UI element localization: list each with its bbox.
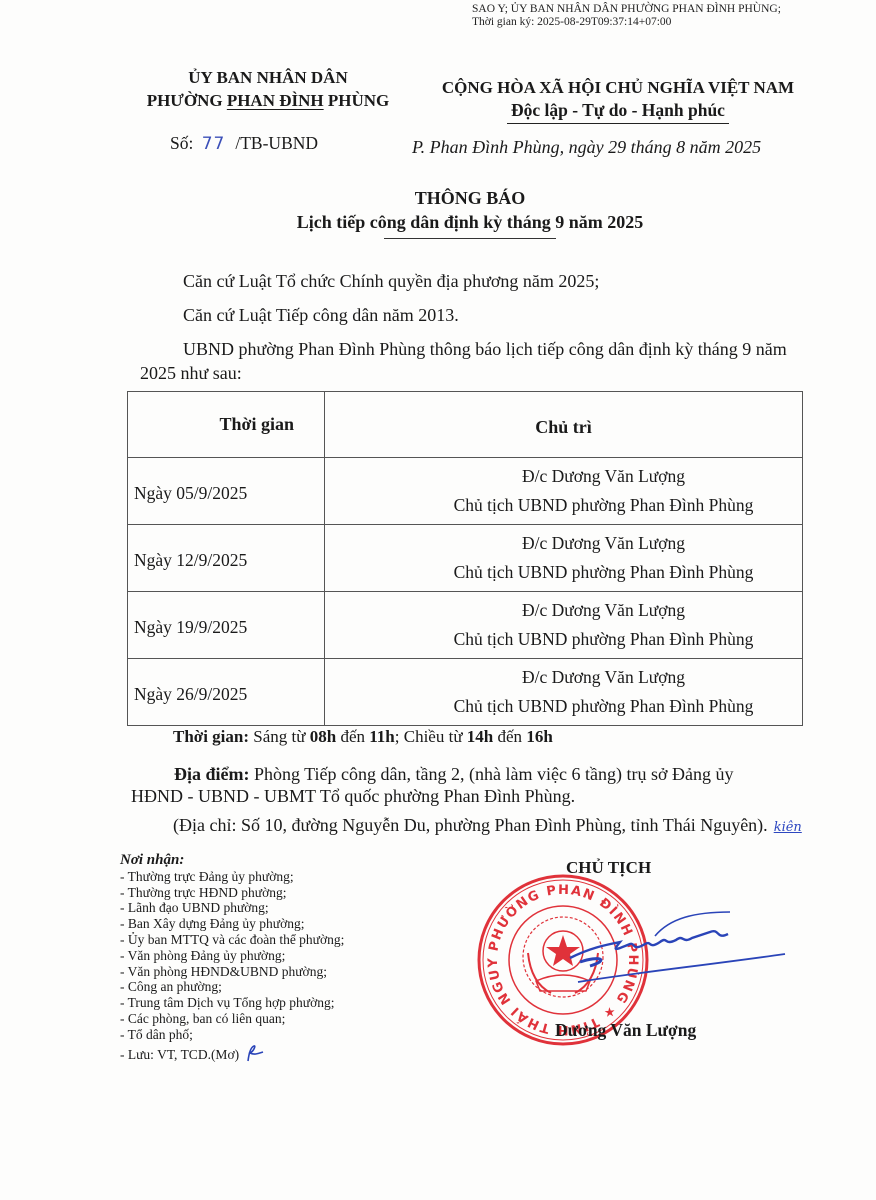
national-motto: CỘNG HÒA XÃ HỘI CHỦ NGHĨA VIỆT NAM Độc l… (410, 77, 826, 124)
list-item: - Công an phường; (120, 979, 344, 995)
country-name: CỘNG HÒA XÃ HỘI CHỦ NGHĨA VIỆT NAM (410, 77, 826, 99)
list-item: - Ủy ban MTTQ và các đoàn thể phường; (120, 932, 344, 948)
cell-date: Ngày 12/9/2025 (128, 525, 325, 592)
handwritten-initial: kiên (774, 820, 802, 835)
morning-end: 11h (369, 727, 395, 746)
doc-number-handwritten: 77 (202, 134, 226, 154)
cell-host: Đ/c Dương Văn Lượng Chủ tịch UBND phường… (325, 592, 803, 659)
list-item: - Lưu: VT, TCD.(Mơ) (120, 1043, 344, 1063)
list-item: - Thường trực HĐND phường; (120, 885, 344, 901)
list-item: - Các phòng, ban có liên quan; (120, 1011, 344, 1027)
copy-stamp-timestamp: Thời gian ký: 2025-08-29T09:37:14+07:00 (472, 16, 781, 29)
to-word: đến (340, 727, 365, 746)
list-item: - Trung tâm Dịch vụ Tổng hợp phường; (120, 995, 344, 1011)
table-header-row: Thời gian Chủ trì (128, 392, 803, 458)
reception-schedule-table: Thời gian Chủ trì Ngày 05/9/2025 Đ/c Dươ… (127, 391, 803, 726)
cell-host: Đ/c Dương Văn Lượng Chủ tịch UBND phường… (325, 525, 803, 592)
cell-host: Đ/c Dương Văn Lượng Chủ tịch UBND phường… (325, 458, 803, 525)
cell-date: Ngày 05/9/2025 (128, 458, 325, 525)
recipients-list: Nơi nhận: - Thường trực Đảng ủy phường; … (120, 853, 344, 1063)
cell-date: Ngày 19/9/2025 (128, 592, 325, 659)
legal-basis-1: Căn cứ Luật Tổ chức Chính quyền địa phươ… (183, 269, 599, 293)
table-row: Ngày 19/9/2025 Đ/c Dương Văn Lượng Chủ t… (128, 592, 803, 659)
table-row: Ngày 12/9/2025 Đ/c Dương Văn Lượng Chủ t… (128, 525, 803, 592)
address-text: (Địa chỉ: Số 10, đường Nguyễn Du, phường… (173, 815, 768, 835)
place-line1: Phòng Tiếp công dân, tầng 2, (nhà làm vi… (254, 764, 733, 784)
place-and-date: P. Phan Đình Phùng, ngày 29 tháng 8 năm … (412, 137, 761, 158)
digital-copy-stamp: SAO Y; ỦY BAN NHÂN DÂN PHƯỜNG PHAN ĐÌNH … (472, 3, 781, 29)
address-line: (Địa chỉ: Số 10, đường Nguyễn Du, phường… (173, 815, 802, 836)
authority-ward-suffix: PHÙNG (328, 91, 389, 110)
list-item: - Văn phòng HĐND&UBND phường; (120, 964, 344, 980)
reception-hours: Thời gian: Sáng từ 08h đến 11h; Chiều từ… (173, 727, 553, 747)
place-label: Địa điểm: (174, 764, 250, 784)
issuing-authority: ỦY BAN NHÂN DÂN PHƯỜNG PHAN ĐÌNH PHÙNG (122, 66, 414, 112)
archive-note: - Lưu: VT, TCD.(Mơ) (120, 1047, 239, 1062)
doc-number-label: Số: (170, 133, 193, 153)
authority-line2: PHƯỜNG PHAN ĐÌNH PHÙNG (122, 89, 414, 112)
host-title: Chủ tịch UBND phường Phan Đình Phùng (405, 491, 802, 520)
initial-scribble-icon (242, 1043, 264, 1063)
host-name: Đ/c Dương Văn Lượng (405, 663, 802, 692)
afternoon-end: 16h (526, 727, 552, 746)
list-item: - Lãnh đạo UBND phường; (120, 900, 344, 916)
host-name: Đ/c Dương Văn Lượng (405, 462, 802, 491)
list-item: - Tổ dân phố; (120, 1027, 344, 1043)
legal-basis-2: Căn cứ Luật Tiếp công dân năm 2013. (183, 303, 459, 327)
title-subject: Lịch tiếp công dân định kỳ tháng 9 năm 2… (180, 210, 760, 234)
authority-line1: ỦY BAN NHÂN DÂN (122, 66, 414, 89)
list-item: - Ban Xây dựng Đảng ủy phường; (120, 916, 344, 932)
copy-stamp-line1: SAO Y; ỦY BAN NHÂN DÂN PHƯỜNG PHAN ĐÌNH … (472, 3, 781, 16)
host-title: Chủ tịch UBND phường Phan Đình Phùng (405, 692, 802, 721)
cell-date: Ngày 26/9/2025 (128, 659, 325, 726)
reception-location: Địa điểm: Phòng Tiếp công dân, tầng 2, (… (174, 762, 834, 786)
morning-start: 08h (310, 727, 336, 746)
column-header-time: Thời gian (128, 392, 325, 458)
table-row: Ngày 05/9/2025 Đ/c Dương Văn Lượng Chủ t… (128, 458, 803, 525)
title-underline (384, 238, 556, 239)
table-row: Ngày 26/9/2025 Đ/c Dương Văn Lượng Chủ t… (128, 659, 803, 726)
morning-prefix: Sáng từ (253, 727, 305, 746)
document-title: THÔNG BÁO Lịch tiếp công dân định kỳ thá… (180, 186, 760, 234)
column-header-host: Chủ trì (325, 392, 803, 458)
document-number: Số: 77/TB-UBND (170, 133, 318, 154)
authority-ward-prefix: PHƯỜNG (147, 91, 223, 110)
list-item: - Văn phòng Đảng ủy phường; (120, 948, 344, 964)
host-title: Chủ tịch UBND phường Phan Đình Phùng (405, 558, 802, 587)
to-word: đến (498, 727, 523, 746)
handwritten-signature-icon (560, 900, 790, 990)
host-name: Đ/c Dương Văn Lượng (405, 596, 802, 625)
time-label: Thời gian: (173, 727, 249, 746)
authority-ward-underlined: PHAN ĐÌNH (227, 91, 324, 110)
doc-number-suffix: /TB-UBND (235, 133, 318, 153)
recipients-heading: Nơi nhận: (120, 853, 344, 869)
intro-paragraph: UBND phường Phan Đình Phùng thông báo lị… (140, 337, 820, 385)
host-title: Chủ tịch UBND phường Phan Đình Phùng (405, 625, 802, 654)
motto: Độc lập - Tự do - Hạnh phúc (507, 99, 729, 124)
signer-name: Dương Văn Lượng (555, 1020, 696, 1041)
host-name: Đ/c Dương Văn Lượng (405, 529, 802, 558)
afternoon-prefix: ; Chiều từ (395, 727, 463, 746)
afternoon-start: 14h (467, 727, 493, 746)
list-item: - Thường trực Đảng ủy phường; (120, 869, 344, 885)
cell-host: Đ/c Dương Văn Lượng Chủ tịch UBND phường… (325, 659, 803, 726)
title-main: THÔNG BÁO (180, 186, 760, 210)
place-line2: HĐND - UBND - UBMT Tổ quốc phường Phan Đ… (131, 786, 575, 807)
